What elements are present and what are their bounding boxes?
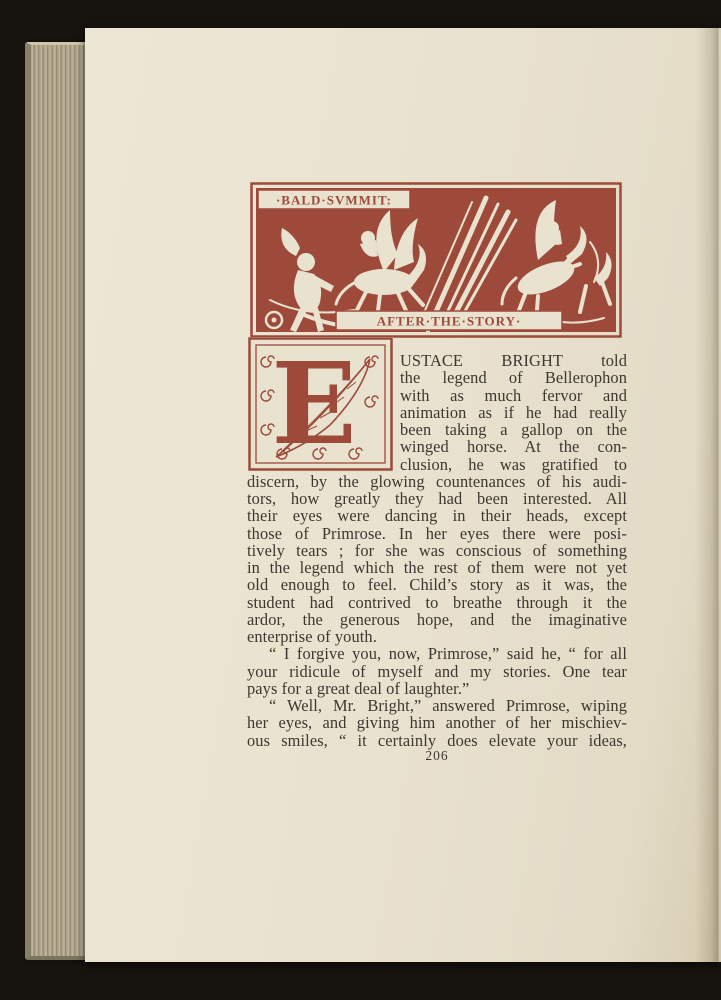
text-line: student had contrived to breathe through… bbox=[247, 594, 627, 611]
text-line: tors, how greatly they had been interest… bbox=[247, 490, 627, 507]
text-line: USTACE BRIGHT told bbox=[400, 352, 627, 369]
text-line: been taking a gallop on the bbox=[400, 421, 627, 438]
banner-top: ·BALD·SVMMIT: bbox=[258, 190, 410, 209]
text-line: old enough to feel. Child’s story as it … bbox=[247, 576, 627, 593]
photograph-of-open-book: { "colors":{ "backdrop":"#17130e", "pape… bbox=[0, 0, 721, 1000]
text-line: in the legend which the rest of them wer… bbox=[247, 559, 627, 576]
text-line: animation as if he had really bbox=[400, 404, 627, 421]
book-page: ·BALD·SVMMIT: AFTER·THE·STORY· bbox=[85, 28, 721, 962]
text-line: tively tears ; for she was conscious of … bbox=[247, 542, 627, 559]
text-line: clusion, he was gratified to bbox=[400, 456, 627, 473]
text-line: with as much fervor and bbox=[400, 387, 627, 404]
text-line: those of Primrose. In her eyes there wer… bbox=[247, 525, 627, 542]
text-line: pays for a great deal of laughter.” bbox=[247, 680, 627, 697]
header-illustration: ·BALD·SVMMIT: AFTER·THE·STORY· bbox=[250, 182, 622, 338]
text-line: winged horse. At the con- bbox=[400, 438, 627, 455]
text-line: your ridicule of myself and my stories. … bbox=[247, 663, 627, 680]
text-line: the legend of Bellerophon bbox=[400, 369, 627, 386]
text-line: discern, by the glowing countenances of … bbox=[247, 473, 627, 490]
text-line: enterprise of youth. bbox=[247, 628, 627, 645]
book-page-edge-stack bbox=[25, 42, 87, 960]
paragraph-2: “ I forgive you, now, Primrose,” said he… bbox=[247, 645, 627, 697]
banner-bottom: AFTER·THE·STORY· bbox=[336, 311, 562, 330]
page-gutter-shadow bbox=[695, 28, 721, 962]
illustration-caption-bottom: AFTER·THE·STORY· bbox=[377, 314, 522, 329]
page-number: 206 bbox=[247, 748, 627, 764]
illustration-caption-top: ·BALD·SVMMIT: bbox=[276, 193, 392, 208]
paragraph-1: discern, by the glowing countenances of … bbox=[247, 473, 627, 646]
text-line: ardor, the generous hope, and the imagin… bbox=[247, 611, 627, 628]
text-line: her eyes, and giving him another of her … bbox=[247, 714, 627, 731]
text-line: their eyes were dancing in their heads, … bbox=[247, 507, 627, 524]
body-text: USTACE BRIGHT toldthe legend of Bellerop… bbox=[247, 352, 627, 749]
text-line: “ Well, Mr. Bright,” answered Primrose, … bbox=[247, 697, 627, 714]
paragraph-1-beside-dropcap: USTACE BRIGHT toldthe legend of Bellerop… bbox=[400, 352, 627, 473]
paragraph-3: “ Well, Mr. Bright,” answered Primrose, … bbox=[247, 697, 627, 749]
text-line: ous smiles, “ it certainly does elevate … bbox=[247, 732, 627, 749]
pegasus-woodcut: ·BALD·SVMMIT: AFTER·THE·STORY· bbox=[250, 182, 622, 338]
text-line: “ I forgive you, now, Primrose,” said he… bbox=[247, 645, 627, 662]
